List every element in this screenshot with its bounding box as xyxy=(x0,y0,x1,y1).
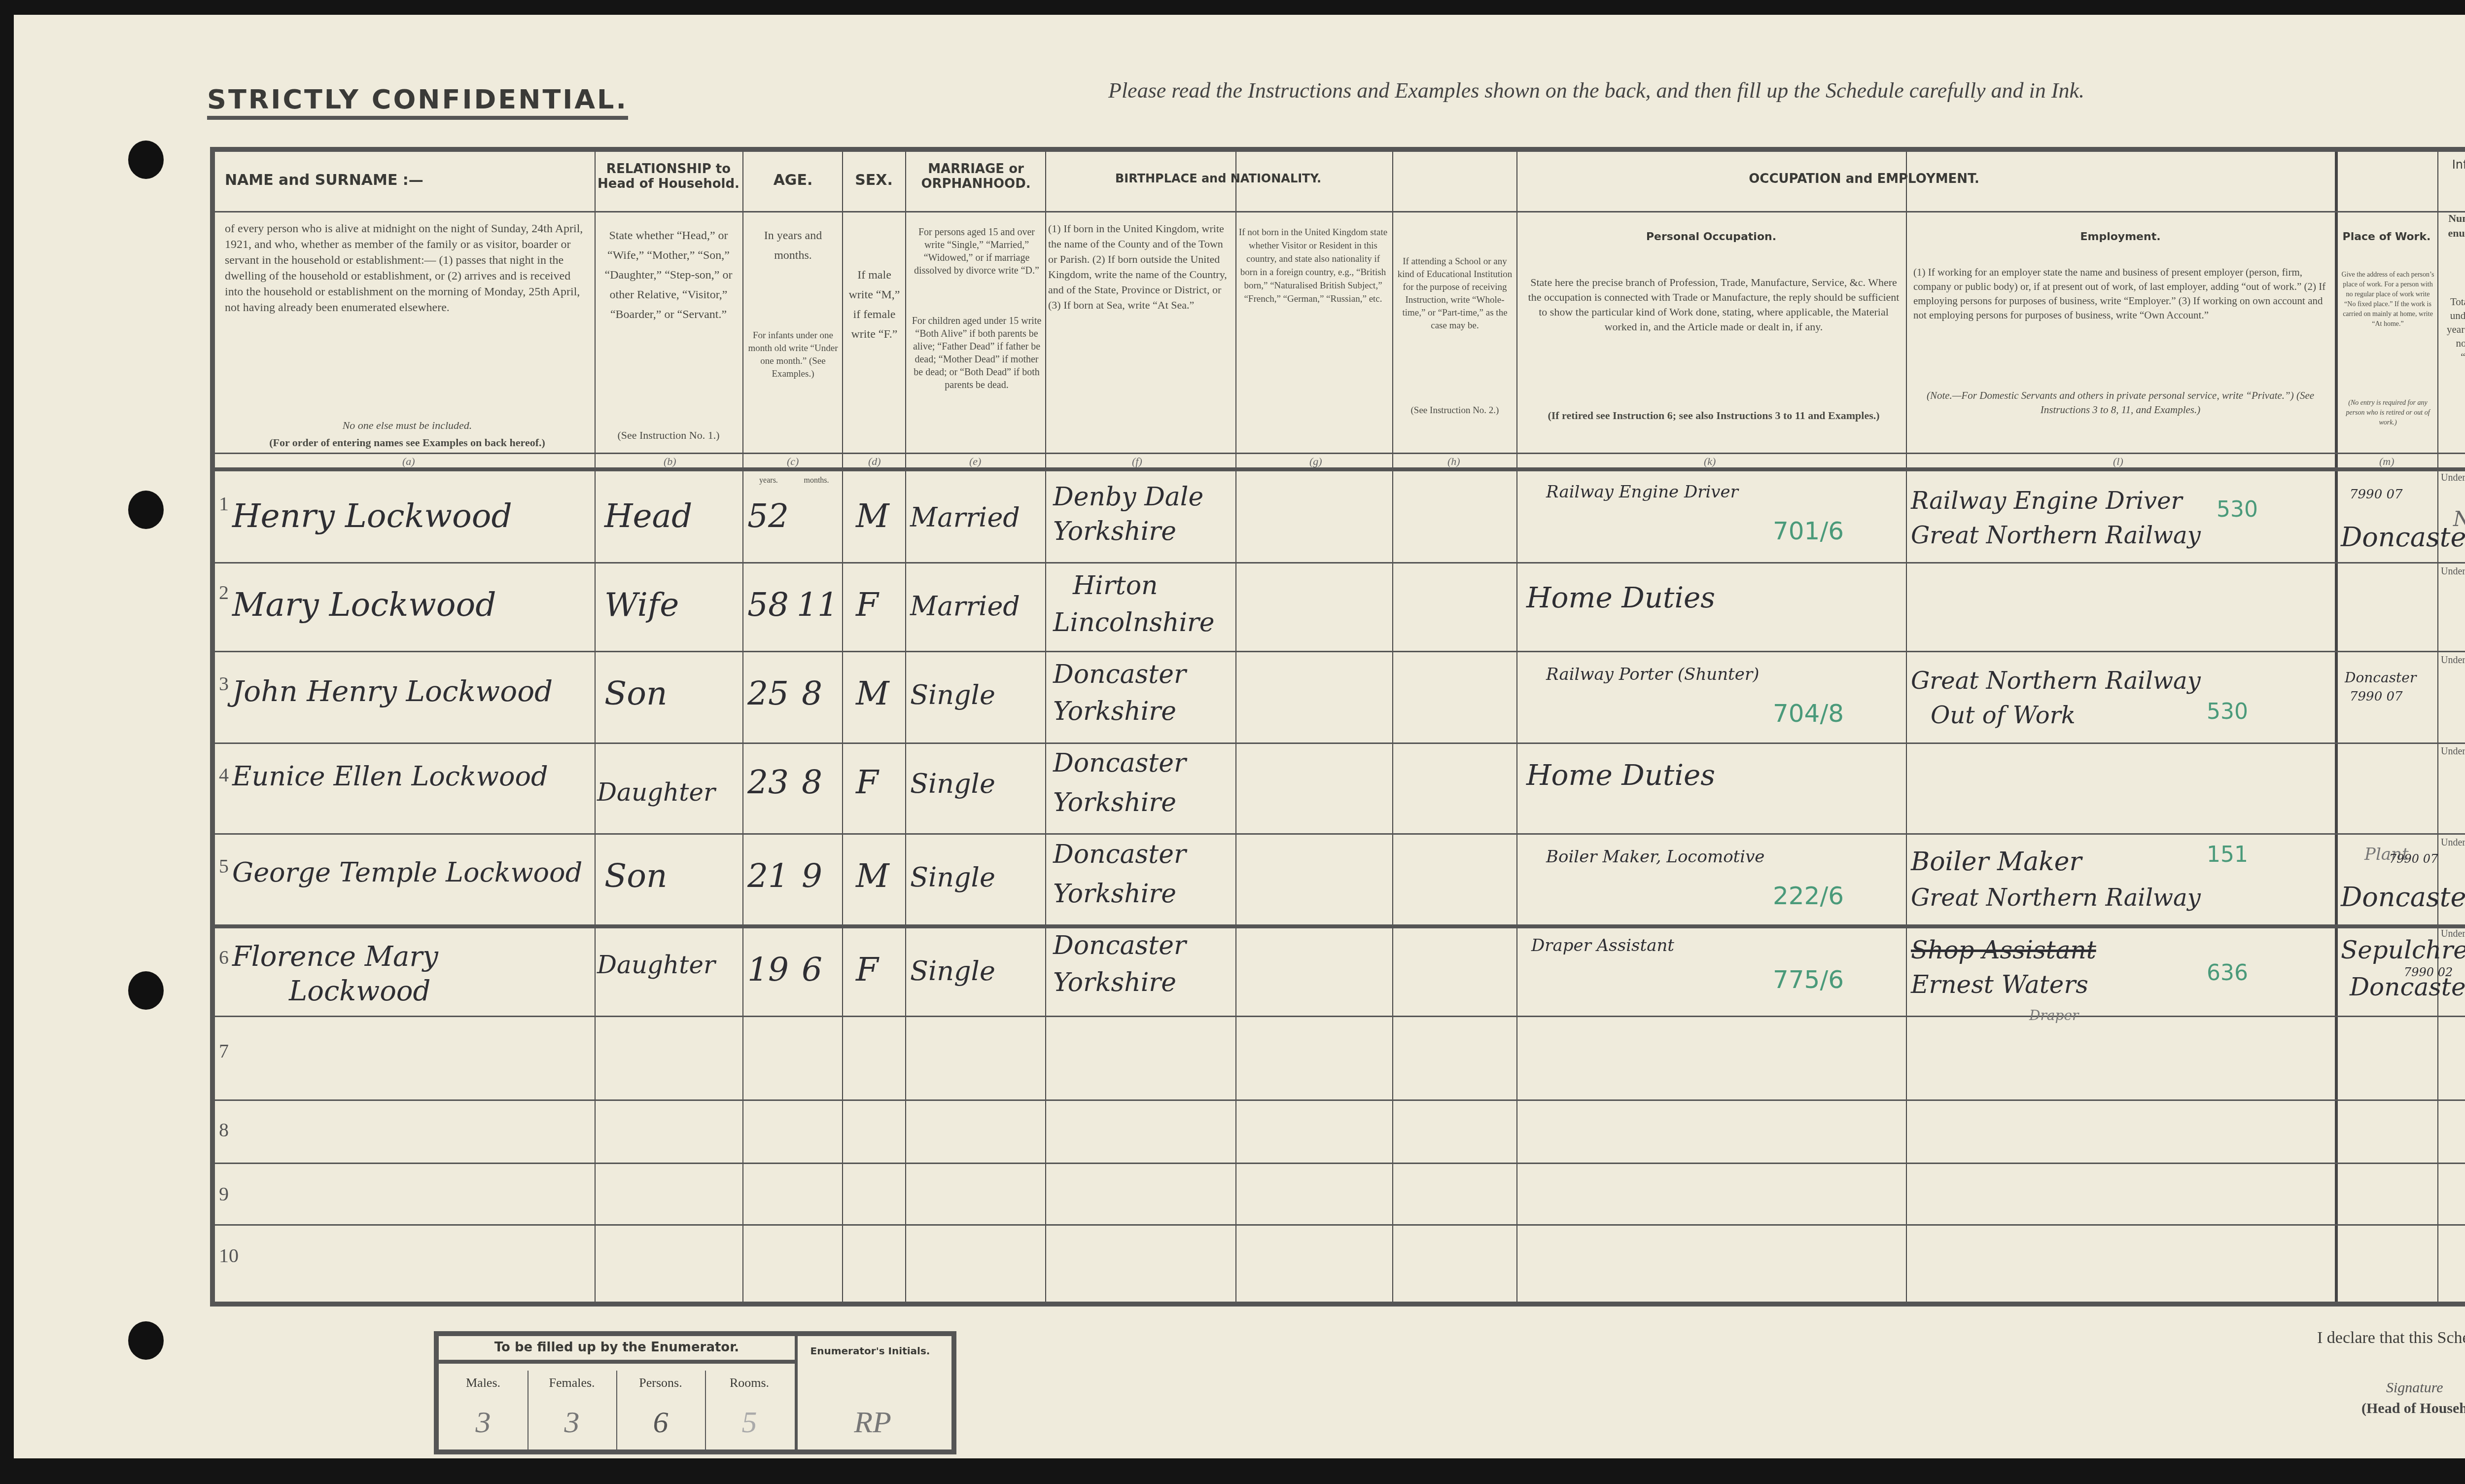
marital-status: Married xyxy=(910,591,1020,622)
marriage-note: For children aged under 15 write “Both A… xyxy=(910,315,1043,391)
personal-occupation: Railway Porter (Shunter) xyxy=(1546,665,1759,684)
row-number: 5 xyxy=(219,854,229,878)
under-one-label: Under One xyxy=(2441,837,2465,848)
age-months: 9 xyxy=(802,857,822,895)
column-divider xyxy=(842,152,843,1302)
personal-occupation: Home Duties xyxy=(1526,758,1715,792)
column-divider xyxy=(1906,152,1907,1302)
employer-line2: Ernest Waters xyxy=(1911,970,2088,999)
relationship: Son xyxy=(604,674,667,712)
marital-status: Single xyxy=(910,955,995,987)
place-note: (No entry is required for any person who… xyxy=(2340,398,2436,428)
column-letter-h: (h) xyxy=(1447,455,1460,468)
children-instructions: Number and ages of all living children a… xyxy=(2443,211,2465,255)
employment-code: 530 xyxy=(2207,699,2248,724)
employer-line2: Great Northern Railway xyxy=(1911,884,2201,912)
personal-occupation: Boiler Maker, Locomotive xyxy=(1546,847,1764,867)
sex: F xyxy=(856,951,879,989)
header-birthplace: BIRTHPLACE and NATIONALITY. xyxy=(1048,172,1388,185)
row-divider xyxy=(215,1016,2465,1017)
employer-line3: Draper xyxy=(2029,1007,2078,1024)
place-code: 7990 07 xyxy=(2350,689,2403,704)
enumerator-summary-box: To be filled up by the Enumerator. Enume… xyxy=(434,1331,956,1454)
employment-code: 636 xyxy=(2207,960,2248,986)
column-letter-a: (a) xyxy=(402,455,415,468)
persons-value: 6 xyxy=(616,1405,705,1440)
employer-line2: Out of Work xyxy=(1931,702,2076,729)
education-instructions: If attending a School or any kind of Edu… xyxy=(1396,255,1514,332)
occupation-code: 701/6 xyxy=(1773,517,1844,545)
birthplace-town: Doncaster xyxy=(1053,660,1186,689)
children-age-grid: Under One Age last birthday. 12345678910… xyxy=(2441,566,2465,577)
relationship: Son xyxy=(604,857,667,895)
females-value: 3 xyxy=(528,1405,616,1440)
under-one-label: Under One xyxy=(2441,928,2465,939)
header-relationship: RELATIONSHIP to Head of Household. xyxy=(597,162,740,191)
personal-occupation: Home Duties xyxy=(1526,581,1715,614)
place-code: 7990 07 xyxy=(2389,852,2438,866)
place-of-work: Doncaster xyxy=(2345,670,2416,686)
person-name: Eunice Ellen Lockwood xyxy=(232,761,548,792)
header-employment: Employment. xyxy=(1908,231,2332,243)
row-divider xyxy=(215,1099,2465,1101)
occupation-code: 775/6 xyxy=(1773,965,1844,994)
age-instructions: In years and months. xyxy=(747,226,839,265)
age-note: For infants under one month old write “U… xyxy=(747,329,839,381)
relationship-note: (See Instruction No. 1.) xyxy=(599,428,738,442)
age-years-label: years. xyxy=(746,473,791,488)
employment-instructions: (1) If working for an employer state the… xyxy=(1913,265,2327,322)
box-divider xyxy=(795,1336,798,1449)
birthplace-county: Lincolnshire xyxy=(1053,608,1215,637)
column-divider xyxy=(905,152,906,1302)
enumerator-box-title: To be filled up by the Enumerator. xyxy=(439,1340,795,1364)
employer: Boiler Maker xyxy=(1911,847,2081,877)
person-name: Florence Mary xyxy=(232,941,438,973)
relationship: Daughter xyxy=(597,951,715,979)
person-name: John Henry Lockwood xyxy=(232,674,553,708)
column-letter-d: (d) xyxy=(868,455,881,468)
sex: F xyxy=(856,586,879,624)
personal-occupation-note: (If retired see Instruction 6; see also … xyxy=(1526,408,1901,423)
age-months: 6 xyxy=(802,951,822,989)
age-months-label: months. xyxy=(792,473,841,488)
persons-label: Persons. xyxy=(616,1376,705,1390)
place-of-work-line2: Doncaster xyxy=(2341,882,2465,913)
birthplace-town: Hirton xyxy=(1073,571,1158,601)
place-code: 7990 02 xyxy=(2404,965,2453,979)
column-divider xyxy=(1392,152,1393,1302)
row-divider xyxy=(215,742,2465,744)
column-letter-m: (m) xyxy=(2379,455,2395,468)
males-label: Males. xyxy=(439,1376,528,1390)
name-instructions: of every person who is alive at midnight… xyxy=(225,221,590,316)
age-months: 11 xyxy=(797,586,838,624)
marital-status: Single xyxy=(910,862,995,893)
marital-status: Single xyxy=(910,768,995,799)
body-divider xyxy=(215,467,2465,471)
row-number: 10 xyxy=(219,1244,239,1267)
employer: Shop Assistant xyxy=(1911,936,2096,964)
place-of-work: Doncaster xyxy=(2341,522,2465,553)
employer-line2: Great Northern Railway xyxy=(1911,522,2201,549)
column-letter-c: (c) xyxy=(787,455,799,468)
employment-code: 530 xyxy=(2217,497,2258,522)
row-number: 8 xyxy=(219,1118,229,1141)
females-label: Females. xyxy=(528,1376,616,1390)
age-months: 8 xyxy=(802,763,822,801)
signature-note: (Head of Household, Manager of Establish… xyxy=(2361,1400,2465,1417)
males-value: 3 xyxy=(439,1405,528,1440)
relationship: Daughter xyxy=(597,778,715,807)
occupation-code: 704/8 xyxy=(1773,699,1844,728)
marital-status: Married xyxy=(910,502,1020,533)
children-age-grid: Under One Age last birthday. 12345678910… xyxy=(2441,837,2465,848)
person-name: Henry Lockwood xyxy=(232,497,512,535)
rooms-label: Rooms. xyxy=(705,1376,794,1390)
rooms-value: 5 xyxy=(705,1405,794,1440)
place-of-work: Sepulchre Gate xyxy=(2341,936,2465,964)
birthplace-county: Yorkshire xyxy=(1053,968,1176,997)
employment-note: (Note.—For Domestic Servants and others … xyxy=(1913,389,2327,417)
nationality-instructions: If not born in the United Kingdom state … xyxy=(1238,226,1388,306)
column-divider xyxy=(1516,152,1517,1302)
letters-divider xyxy=(215,453,2465,454)
birthplace-town: Doncaster xyxy=(1053,840,1186,869)
column-divider xyxy=(1045,152,1046,1302)
row-divider xyxy=(215,651,2465,652)
header-age: AGE. xyxy=(745,172,841,189)
punch-hole xyxy=(128,1321,164,1360)
under-one-label: Under One xyxy=(2441,566,2465,577)
punch-hole xyxy=(128,491,164,529)
relationship: Wife xyxy=(604,586,679,624)
row-number: 4 xyxy=(219,763,229,786)
education-note: (See Instruction No. 2.) xyxy=(1396,403,1514,418)
employer: Great Northern Railway xyxy=(1911,667,2201,695)
children-age-grid: Under One Age last birthday. 12345678910… xyxy=(2441,746,2465,757)
personal-occupation: Draper Assistant xyxy=(1531,936,1674,955)
age-months: 8 xyxy=(802,674,822,712)
header-name: NAME and SURNAME :— xyxy=(225,172,590,189)
birthplace-town: Doncaster xyxy=(1053,748,1186,778)
column-divider xyxy=(2437,152,2438,1302)
birthplace-town: Doncaster xyxy=(1053,931,1186,960)
header-sex: SEX. xyxy=(844,172,904,189)
header-personal-occupation: Personal Occupation. xyxy=(1519,231,1903,243)
header-divider xyxy=(215,211,2465,212)
enumerator-initials: RP xyxy=(818,1405,927,1440)
header-place-of-work: Place of Work. xyxy=(2337,231,2436,243)
header-children: Information required only in respect of … xyxy=(2443,158,2465,185)
sex: F xyxy=(856,763,879,801)
row-number: 1 xyxy=(219,492,229,515)
column-letter-g: (g) xyxy=(1309,455,1322,468)
row-divider xyxy=(215,1163,2465,1164)
signature-label: Signature xyxy=(2386,1379,2443,1396)
age-years: 58 xyxy=(747,586,789,624)
children-total: None xyxy=(2453,507,2465,531)
sex: M xyxy=(856,857,889,895)
children-age-grid: Under One Age last birthday. 12345678910… xyxy=(2441,928,2465,940)
under-one-label: Under One xyxy=(2441,472,2465,483)
row-divider xyxy=(215,833,2465,835)
confidential-title: STRICTLY CONFIDENTIAL. xyxy=(207,84,628,120)
age-years: 19 xyxy=(747,951,789,989)
under-one-label: Under One xyxy=(2441,655,2465,666)
place-code: 7990 07 xyxy=(2350,487,2403,502)
person-name-line2: Lockwood xyxy=(289,975,430,1007)
row-divider xyxy=(215,924,2465,928)
column-letter-e: (e) xyxy=(969,455,981,468)
children-total-instructions: Total number under sixteen years of age.… xyxy=(2441,295,2465,364)
column-letter-b: (b) xyxy=(664,455,676,468)
relationship: Head xyxy=(604,497,692,535)
column-letter-k: (k) xyxy=(1704,455,1716,468)
children-age-grid: Under One Age last birthday. 12345678910… xyxy=(2441,472,2465,484)
column-letter-l: (l) xyxy=(2113,455,2123,468)
age-years: 25 xyxy=(747,674,789,712)
row-number: 7 xyxy=(219,1039,229,1062)
sex: M xyxy=(856,674,889,712)
personal-occupation: Railway Engine Driver xyxy=(1546,482,1738,502)
age-years: 52 xyxy=(747,497,789,535)
birthplace-county: Yorkshire xyxy=(1053,788,1176,817)
person-name: George Temple Lockwood xyxy=(232,857,582,888)
age-years: 21 xyxy=(747,857,789,895)
row-divider xyxy=(215,562,2465,564)
punch-hole xyxy=(128,971,164,1010)
name-note: No one else must be included. xyxy=(225,418,590,432)
birthplace-instructions: (1) If born in the United Kingdom, write… xyxy=(1048,221,1231,313)
declaration-text: I declare that this Schedule is correctl… xyxy=(2317,1329,2465,1347)
marriage-instructions: For persons aged 15 and over write “Sing… xyxy=(910,226,1043,277)
census-table: NAME and SURNAME :— RELATIONSHIP to Head… xyxy=(210,147,2465,1307)
marital-status: Single xyxy=(910,679,995,710)
row-number: 3 xyxy=(219,672,229,695)
column-letter-f: (f) xyxy=(1132,455,1142,468)
instruction-banner: Please read the Instructions and Example… xyxy=(1108,78,2084,103)
column-divider xyxy=(595,152,596,1302)
employment-code: 151 xyxy=(2207,842,2248,867)
employer: Railway Engine Driver xyxy=(1911,487,2183,515)
row-number: 9 xyxy=(219,1182,229,1205)
relationship-instructions: State whether “Head,” or “Wife,” “Mother… xyxy=(599,226,738,324)
birthplace-county: Yorkshire xyxy=(1053,879,1176,909)
birthplace-county: Yorkshire xyxy=(1053,697,1176,726)
header-occupation: OCCUPATION and EMPLOYMENT. xyxy=(1398,172,2330,186)
under-one-label: Under One xyxy=(2441,746,2465,757)
age-years: 23 xyxy=(747,763,789,801)
children-age-grid: Under One Age last birthday. 12345678910… xyxy=(2441,655,2465,666)
name-order-note: (For order of entering names see Example… xyxy=(225,435,590,450)
column-divider xyxy=(2335,152,2338,1302)
column-divider xyxy=(742,152,743,1302)
birthplace-county: Yorkshire xyxy=(1053,517,1176,546)
birthplace-town: Denby Dale xyxy=(1053,482,1203,512)
occupation-code: 222/6 xyxy=(1773,882,1844,910)
punch-hole xyxy=(128,141,164,179)
place-instructions: Give the address of each person’s place … xyxy=(2340,270,2436,329)
column-divider xyxy=(1235,152,1236,1302)
header-marriage: MARRIAGE or ORPHANHOOD. xyxy=(908,162,1044,191)
row-number: 6 xyxy=(219,946,229,969)
personal-occupation-instructions: State here the precise branch of Profess… xyxy=(1526,275,1901,334)
enumerator-initials-label: Enumerator's Initials. xyxy=(799,1345,942,1357)
person-name: Mary Lockwood xyxy=(232,586,496,624)
row-number: 2 xyxy=(219,581,229,604)
sex-instructions: If male write “M,” if female write “F.” xyxy=(846,265,903,344)
sex: M xyxy=(856,497,889,535)
row-divider xyxy=(215,1224,2465,1226)
